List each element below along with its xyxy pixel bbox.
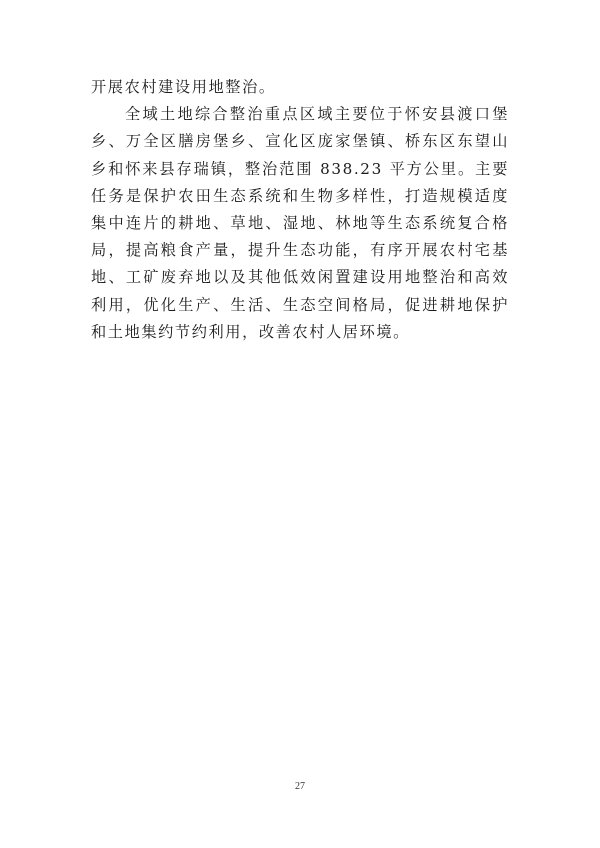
page-number: 27 [0,781,600,792]
paragraph-land-consolidation-key-areas: 全域土地综合整治重点区域主要位于怀安县渡口堡乡、万全区膳房堡乡、宣化区庞家堡镇、… [91,101,509,346]
body-text: 开展农村建设用地整治。 全域土地综合整治重点区域主要位于怀安县渡口堡乡、万全区膳… [91,74,509,346]
paragraph-continuation: 开展农村建设用地整治。 [91,74,509,101]
document-page: 开展农村建设用地整治。 全域土地综合整治重点区域主要位于怀安县渡口堡乡、万全区膳… [0,0,600,848]
